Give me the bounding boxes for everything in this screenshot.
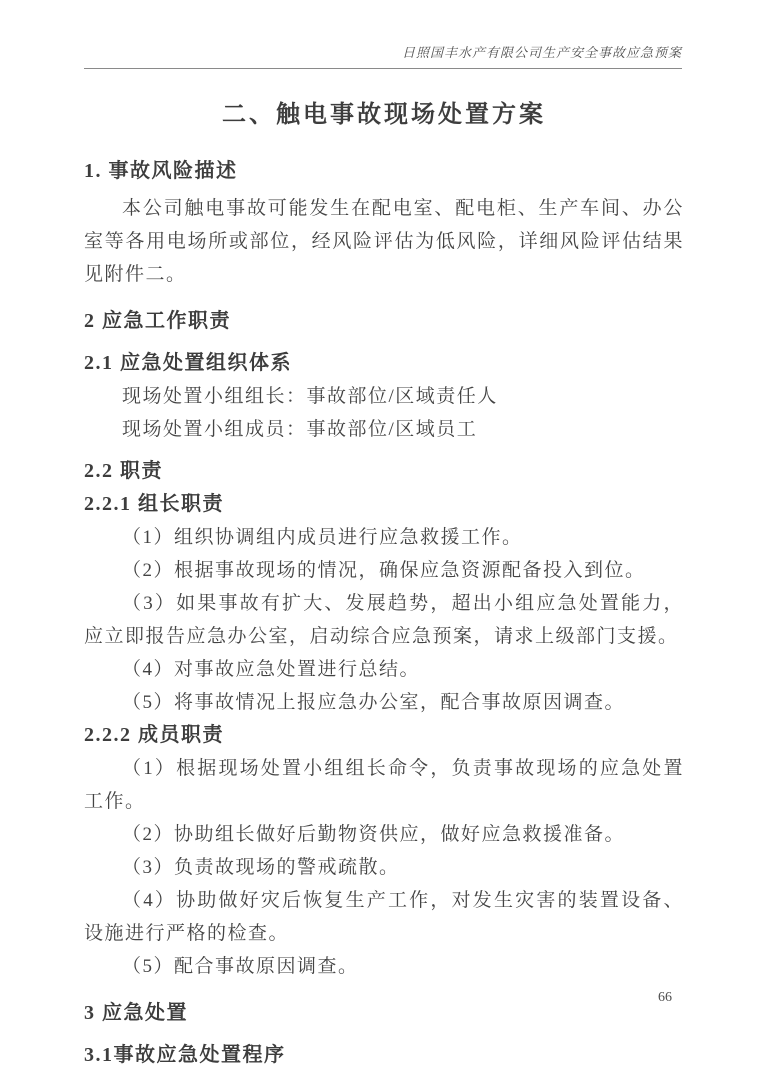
member-duty-item-3: （3）负责故现场的警戒疏散。: [84, 851, 684, 884]
section-2-2-2-heading: 2.2.2 成员职责: [84, 719, 684, 752]
running-header: 日照国丰水产有限公司生产安全事故应急预案: [84, 0, 682, 69]
team-members-line: 现场处置小组成员：事故部位/区域员工: [84, 413, 684, 446]
section-2-heading: 2 应急工作职责: [84, 305, 684, 338]
section-2-1-heading: 2.1 应急处置组织体系: [84, 347, 684, 380]
team-leader-line: 现场处置小组组长：事故部位/区域责任人: [84, 380, 684, 413]
leader-duty-item-2: （2）根据事故现场的情况，确保应急资源配备投入到位。: [84, 554, 684, 587]
leader-duty-item-3: （3）如果事故有扩大、发展趋势，超出小组应急处置能力，应立即报告应急办公室，启动…: [84, 587, 684, 653]
section-3-heading: 3 应急处置: [84, 997, 684, 1030]
section-1-paragraph: 本公司触电事故可能发生在配电室、配电柜、生产车间、办公室等各用电场所或部位，经风…: [84, 192, 684, 291]
page-number: 66: [658, 990, 672, 1006]
document-title: 二、触电事故现场处置方案: [84, 97, 684, 133]
document-page: 日照国丰水产有限公司生产安全事故应急预案 二、触电事故现场处置方案 1. 事故风…: [0, 0, 762, 1080]
leader-duty-item-1: （1）组织协调组内成员进行应急救援工作。: [84, 521, 684, 554]
section-3-1-heading: 3.1事故应急处置程序: [84, 1039, 684, 1072]
leader-duty-item-4: （4）对事故应急处置进行总结。: [84, 653, 684, 686]
section-1-heading: 1. 事故风险描述: [84, 155, 684, 188]
section-2-2-1-heading: 2.2.1 组长职责: [84, 488, 684, 521]
document-body: 二、触电事故现场处置方案 1. 事故风险描述 本公司触电事故可能发生在配电室、配…: [0, 97, 762, 1072]
section-2-2-heading: 2.2 职责: [84, 455, 684, 488]
member-duty-item-2: （2）协助组长做好后勤物资供应，做好应急救援准备。: [84, 818, 684, 851]
member-duty-item-4: （4）协助做好灾后恢复生产工作，对发生灾害的装置设备、设施进行严格的检查。: [84, 884, 684, 950]
member-duty-item-5: （5）配合事故原因调查。: [84, 950, 684, 983]
member-duty-item-1: （1）根据现场处置小组组长命令，负责事故现场的应急处置工作。: [84, 752, 684, 818]
leader-duty-item-5: （5）将事故情况上报应急办公室，配合事故原因调查。: [84, 686, 684, 719]
